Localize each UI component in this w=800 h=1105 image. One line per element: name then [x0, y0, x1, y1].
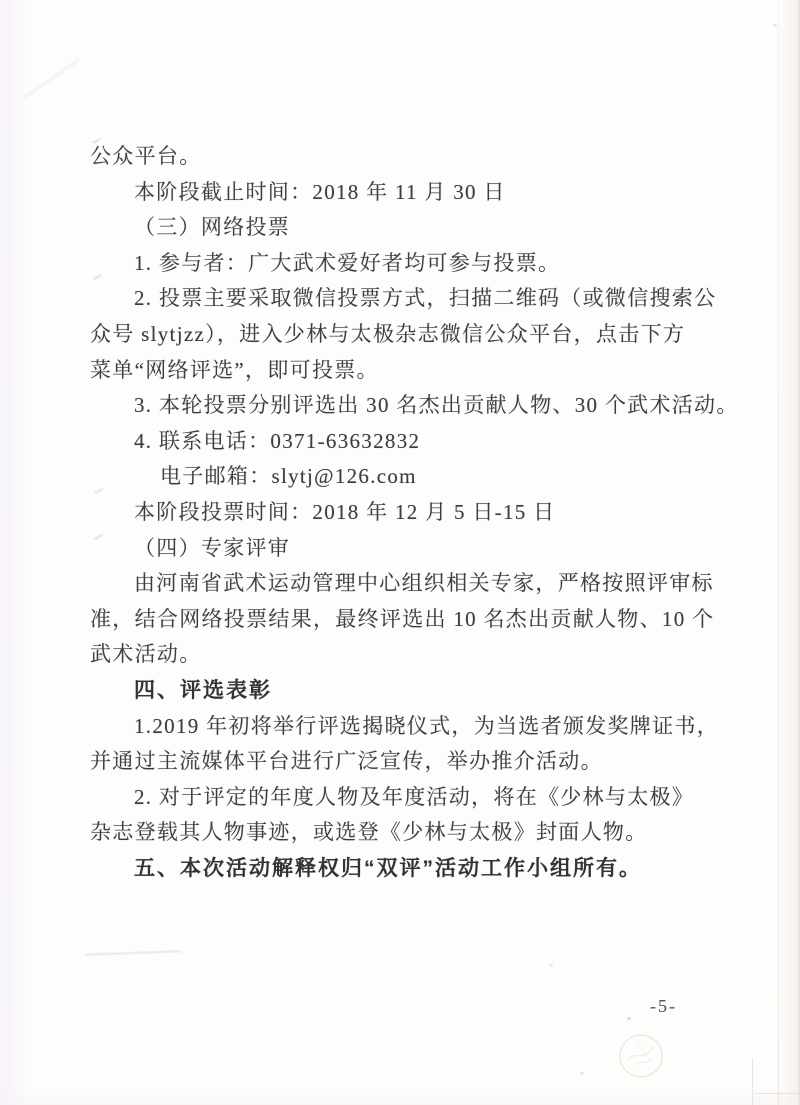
- paragraph-continuation: 公众平台。: [90, 139, 770, 175]
- scan-crease-line: [778, 0, 779, 1105]
- voting-period-line: 本阶段投票时间：2018 年 12 月 5 日-15 日: [90, 495, 770, 531]
- scan-speck: [580, 1072, 584, 1075]
- circular-seal-watermark-icon: [616, 1032, 666, 1080]
- scan-smudge-top-left: [23, 59, 78, 98]
- item-4-email: 电子邮箱：slytj@126.com: [90, 459, 770, 495]
- scan-speck: [627, 1017, 631, 1020]
- scan-speck: [549, 964, 553, 967]
- item-2-continued-2: 菜单“网络评选”，即可投票。: [90, 353, 770, 389]
- award-line-4: 杂志登载其人物事迹，或选登《少林与太极》封面人物。: [90, 815, 770, 851]
- page-number: -5-: [650, 996, 677, 1017]
- expert-review-line-3: 武术活动。: [90, 637, 770, 673]
- part-4-heading: 四、评选表彰: [90, 673, 770, 709]
- scan-scratch-bottom: [85, 950, 181, 955]
- item-4-phone: 4. 联系电话：0371-63632832: [90, 424, 770, 460]
- award-line-3: 2. 对于评定的年度人物及年度活动，将在《少林与太极》: [90, 780, 770, 816]
- item-2-continued-1: 众号 slytjzz），进入少林与太极杂志微信公众平台，点击下方: [90, 317, 770, 353]
- expert-review-line-2: 准，结合网络投票结果，最终评选出 10 名杰出贡献人物、10 个: [90, 602, 770, 638]
- scan-corner-line-h: [754, 1093, 800, 1094]
- award-line-1: 1.2019 年初将举行评选揭晓仪式，为当选者颁发奖牌证书，: [90, 709, 770, 745]
- section-3-heading: （三）网络投票: [90, 210, 770, 246]
- expert-review-line-1: 由河南省武术运动管理中心组织相关专家，严格按照评审标: [90, 566, 770, 602]
- scan-speck: [773, 24, 777, 27]
- deadline-line: 本阶段截止时间：2018 年 11 月 30 日: [90, 175, 770, 211]
- scan-corner-line-v: [752, 1058, 753, 1105]
- award-line-2: 并通过主流媒体平台进行广泛宣传，举办推介活动。: [90, 744, 770, 780]
- item-2-voting-method: 2. 投票主要采取微信投票方式，扫描二维码（或微信搜索公: [90, 281, 770, 317]
- section-4-heading: （四）专家评审: [90, 531, 770, 567]
- item-1-participants: 1. 参与者：广大武术爱好者均可参与投票。: [90, 246, 770, 282]
- document-text-block: 公众平台。 本阶段截止时间：2018 年 11 月 30 日 （三）网络投票 1…: [90, 139, 770, 886]
- scanned-page: 公众平台。 本阶段截止时间：2018 年 11 月 30 日 （三）网络投票 1…: [0, 0, 800, 1105]
- part-5-statement: 五、本次活动解释权归“双评”活动工作小组所有。: [90, 851, 770, 887]
- item-3-selection-count: 3. 本轮投票分别评选出 30 名杰出贡献人物、30 个武术活动。: [90, 388, 770, 424]
